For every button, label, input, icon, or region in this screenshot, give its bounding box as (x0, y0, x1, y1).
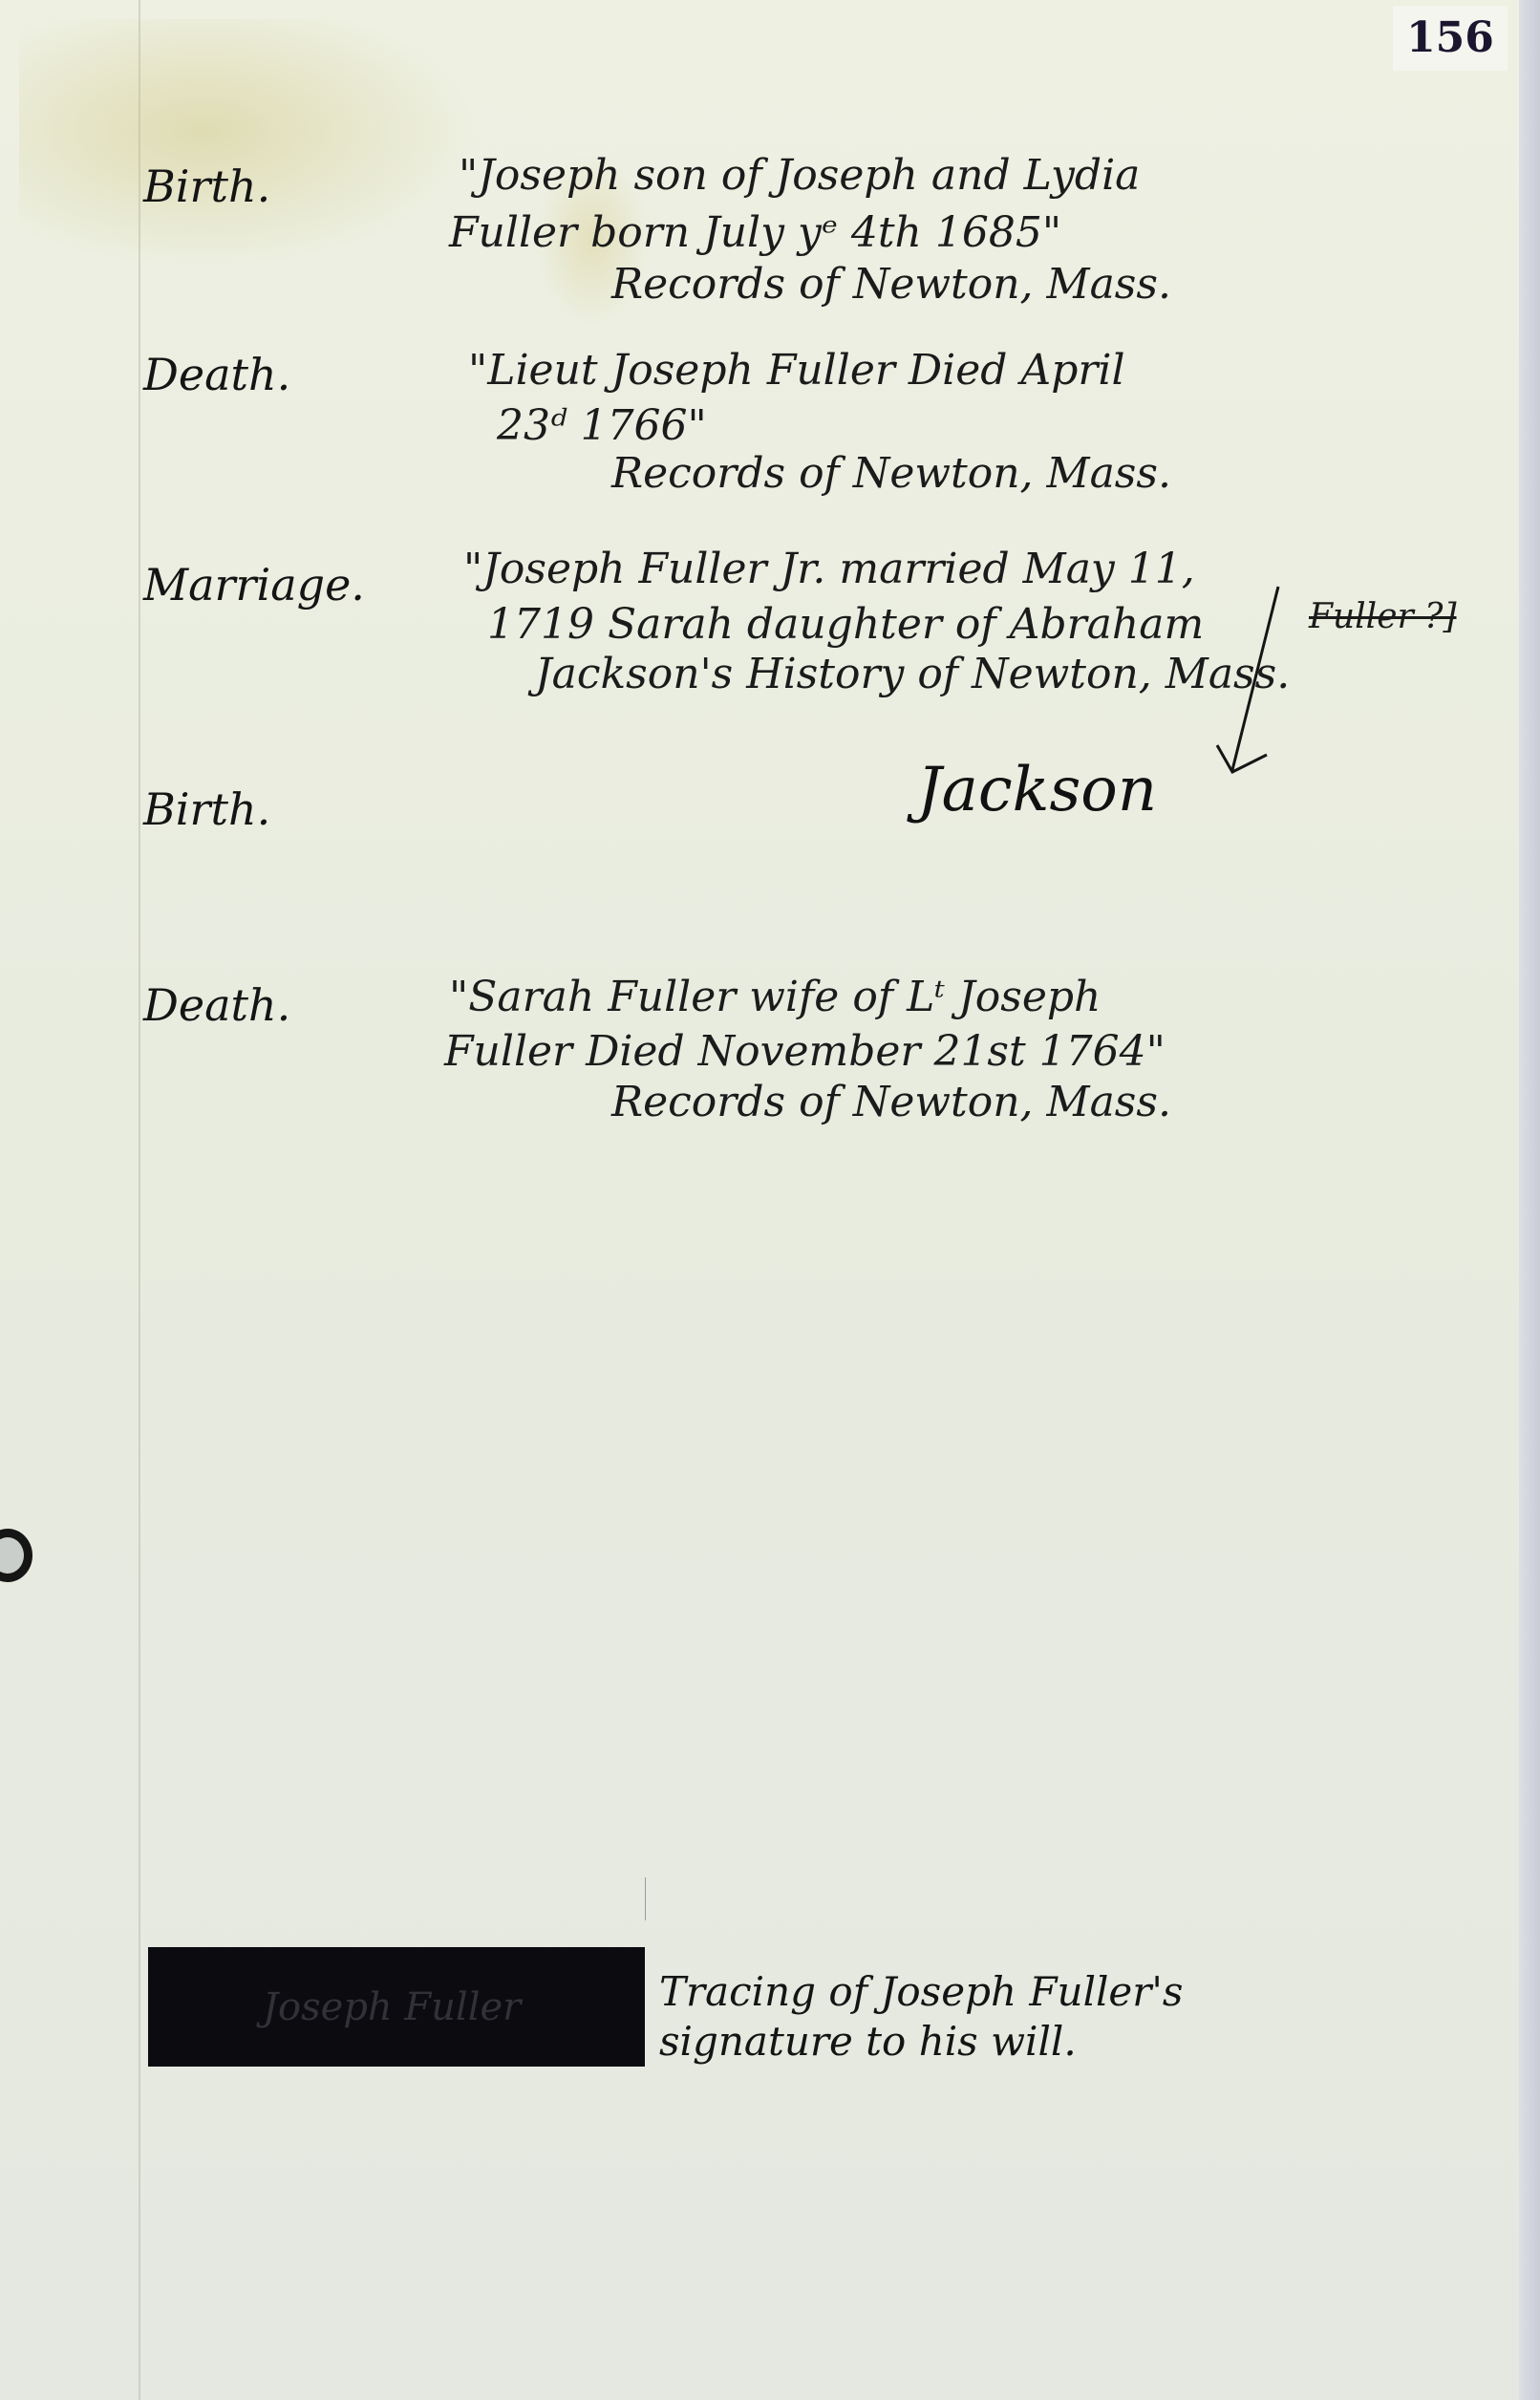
entry-line: Fuller Died November 21st 1764" (444, 1027, 1166, 1076)
entry-source: Records of Newton, Mass. (611, 1078, 1171, 1126)
margin-line (139, 0, 140, 2400)
entry-line: "Joseph Fuller Jr. married May 11, (463, 545, 1195, 593)
entry-source: Records of Newton, Mass. (611, 449, 1171, 498)
paper-stain (19, 19, 478, 268)
pasted-slip-border (143, 1877, 646, 1920)
entry-label: Birth. (143, 783, 270, 835)
signature-tracing-image: Joseph Fuller (148, 1947, 645, 2067)
entry-label: Death. (143, 349, 290, 400)
entry-label: Birth. (143, 161, 270, 212)
entry-line: "Sarah Fuller wife of Lᵗ Joseph (449, 973, 1101, 1021)
page-number: 156 (1393, 6, 1508, 71)
struck-out-text: Fuller ?] (1309, 597, 1457, 636)
entry-label: Marriage. (143, 559, 365, 611)
signature-caption: signature to his will. (659, 2018, 1077, 2065)
entry-label: Death. (143, 979, 290, 1031)
entry-line: "Lieut Joseph Fuller Died April (468, 346, 1125, 395)
entry-source: Records of Newton, Mass. (611, 260, 1171, 309)
signature-caption: Tracing of Joseph Fuller's (659, 1968, 1183, 2015)
signature-ghost-text: Joseph Fuller (263, 1985, 521, 2029)
entry-line: 23ᵈ 1766" (497, 401, 707, 450)
entry-source: Jackson's History of Newton, Mass. (535, 650, 1290, 698)
entry-line: "Joseph son of Joseph and Lydia (459, 151, 1140, 200)
arrow-down-icon (1213, 583, 1290, 783)
page-edge (1519, 0, 1540, 2400)
entry-line: 1719 Sarah daughter of Abraham (487, 600, 1204, 649)
inserted-name: Jackson (917, 755, 1157, 825)
entry-line: Fuller born July yᵉ 4th 1685" (449, 208, 1061, 257)
